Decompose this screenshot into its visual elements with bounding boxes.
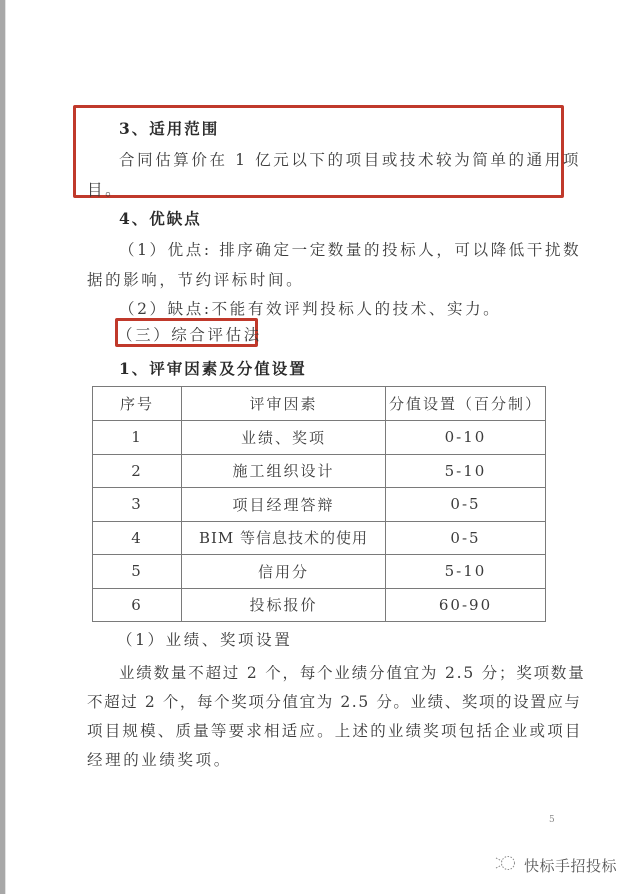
table-row: 2 施工组织设计 5-10	[93, 454, 546, 488]
page-number: 5	[549, 815, 555, 825]
item1-heading: （1）业绩、奖项设置	[117, 628, 292, 650]
table-header-row: 序号 评审因素 分值设置（百分制）	[93, 387, 546, 421]
page-edge-line	[5, 0, 6, 894]
item1-line2: 不超过 2 个，每个奖项分值宜为 2.5 分。业绩、奖项的设置应与	[87, 690, 582, 712]
cell-index: 4	[93, 521, 182, 555]
header-score: 分值设置（百分制）	[386, 387, 546, 421]
cell-score: 0-5	[386, 521, 546, 555]
cell-factor: 信用分	[182, 555, 386, 589]
cell-factor: 投标报价	[182, 588, 386, 622]
watermark-label: 快标手招投标	[524, 855, 617, 876]
table-row: 1 业绩、奖项 0-10	[93, 421, 546, 455]
cell-index: 1	[93, 421, 182, 455]
item1-line3: 项目规模、质量等要求相适应。上述的业绩奖项包括企业或项目	[87, 719, 583, 741]
cell-score: 5-10	[386, 555, 546, 589]
method-heading: （三）综合评估法	[117, 323, 262, 345]
cell-score: 5-10	[386, 454, 546, 488]
cell-factor: 项目经理答辩	[182, 488, 386, 522]
subsection1-heading: 1、评审因素及分值设置	[119, 357, 307, 379]
section3-body-line1: 合同估算价在 1 亿元以下的项目或技术较为简单的通用项	[119, 148, 581, 170]
cell-factor: BIM 等信息技术的使用	[182, 521, 386, 555]
cell-index: 5	[93, 555, 182, 589]
advantage-line2: 据的影响，节约评标时间。	[87, 268, 304, 290]
scoring-table: 序号 评审因素 分值设置（百分制） 1 业绩、奖项 0-10 2 施工组织设计 …	[92, 386, 546, 622]
cell-index: 3	[93, 488, 182, 522]
item1-line1: 业绩数量不超过 2 个，每个业绩分值宜为 2.5 分；奖项数量	[119, 661, 586, 683]
cell-score: 0-10	[386, 421, 546, 455]
header-factor: 评审因素	[182, 387, 386, 421]
header-index: 序号	[93, 387, 182, 421]
section4-heading: 4、优缺点	[119, 207, 202, 229]
cell-score: 0-5	[386, 488, 546, 522]
cell-index: 6	[93, 588, 182, 622]
advantage-line1: （1）优点: 排序确定一定数量的投标人，可以降低干扰数	[119, 238, 581, 260]
table-row: 3 项目经理答辩 0-5	[93, 488, 546, 522]
cell-index: 2	[93, 454, 182, 488]
table-row: 4 BIM 等信息技术的使用 0-5	[93, 521, 546, 555]
section3-heading: 3、适用范围	[119, 117, 219, 139]
item1-line4: 经理的业绩奖项。	[87, 748, 232, 770]
table-row: 6 投标报价 60-90	[93, 588, 546, 622]
section3-body-line2: 目。	[87, 178, 123, 200]
cell-factor: 业绩、奖项	[182, 421, 386, 455]
table-row: 5 信用分 5-10	[93, 555, 546, 589]
watermark: 快标手招投标	[494, 852, 617, 878]
cell-score: 60-90	[386, 588, 546, 622]
wechat-channel-icon	[494, 852, 520, 878]
disadvantage-line: （2）缺点:不能有效评判投标人的技术、实力。	[119, 297, 501, 319]
cell-factor: 施工组织设计	[182, 454, 386, 488]
